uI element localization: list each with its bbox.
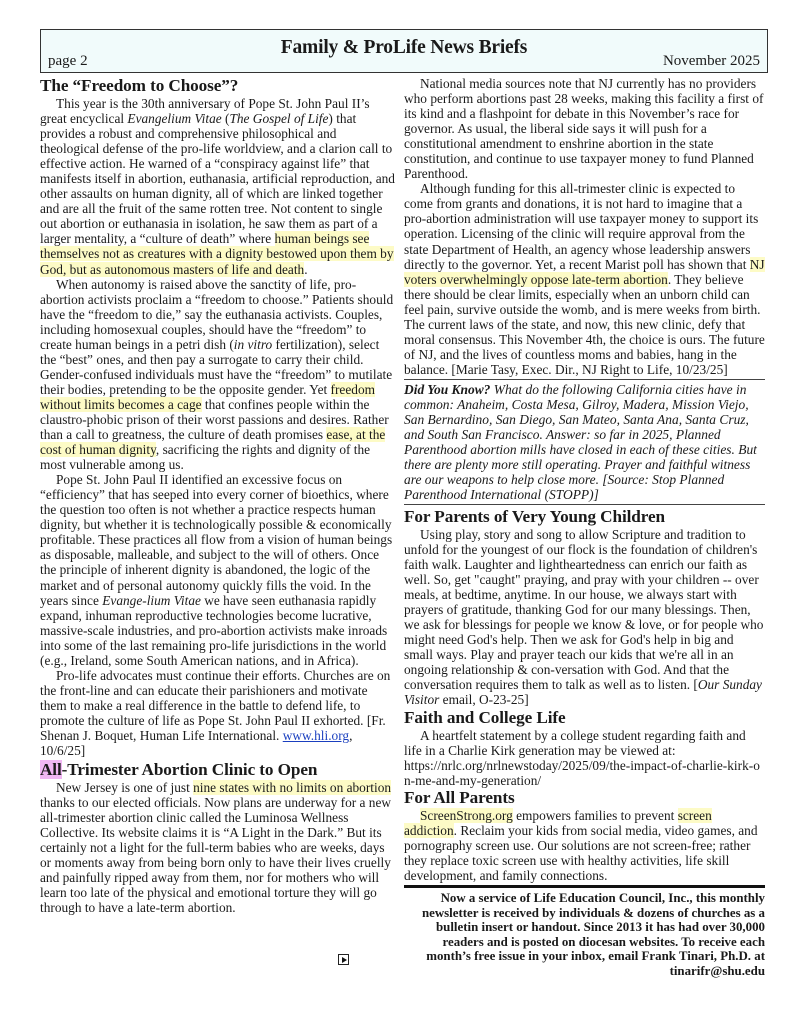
article-paragraph: Pope St. John Paul II identified an exce… — [40, 472, 396, 668]
article-paragraph: New Jersey is one of just nine states wi… — [40, 780, 396, 915]
article-title-young-children: For Parents of Very Young Children — [404, 507, 765, 527]
issue-date: November 2025 — [663, 53, 760, 70]
did-you-know-label: Did You Know? — [404, 382, 490, 397]
article-url[interactable]: https://nrlc.org/nrlnewstoday/2025/09/th… — [404, 758, 765, 788]
article-title-clinic: All-Trimester Abortion Clinic to Open — [40, 760, 396, 780]
article-paragraph: ScreenStrong.org empowers families to pr… — [404, 808, 765, 883]
article-paragraph: When autonomy is raised above the sancti… — [40, 277, 396, 473]
divider — [404, 504, 765, 505]
did-you-know-box: Did You Know? What do the following Cali… — [404, 382, 765, 502]
hli-link[interactable]: www.hli.org — [283, 728, 349, 743]
article-paragraph: Using play, story and song to allow Scri… — [404, 527, 765, 708]
article-paragraph: A heartfelt statement by a college stude… — [404, 728, 765, 758]
article-title-all-parents: For All Parents — [404, 788, 765, 808]
newsletter-title: Family & ProLife News Briefs — [41, 37, 767, 59]
article-title-college: Faith and College Life — [404, 708, 765, 728]
article-paragraph: National media sources note that NJ curr… — [404, 76, 765, 181]
article-paragraph: This year is the 30th anniversary of Pop… — [40, 96, 396, 277]
page-number: page 2 — [48, 53, 88, 70]
right-column: National media sources note that NJ curr… — [404, 76, 765, 978]
article-paragraph: Pro-life advocates must continue their e… — [40, 668, 396, 758]
masthead: Family & ProLife News Briefs page 2 Nove… — [40, 29, 768, 73]
highlighted-text: nine states with no limits on abortion — [193, 780, 391, 795]
screenstrong-link[interactable]: ScreenStrong.org — [420, 808, 513, 823]
footer-note: Now a service of Life Education Council,… — [404, 891, 765, 979]
divider — [404, 379, 765, 380]
left-column: The “Freedom to Choose”? This year is th… — [40, 76, 396, 915]
article-title-freedom: The “Freedom to Choose”? — [40, 76, 396, 96]
footer-divider — [404, 885, 765, 888]
play-triangle-icon — [338, 954, 349, 965]
article-paragraph: Although funding for this all-trimester … — [404, 181, 765, 377]
